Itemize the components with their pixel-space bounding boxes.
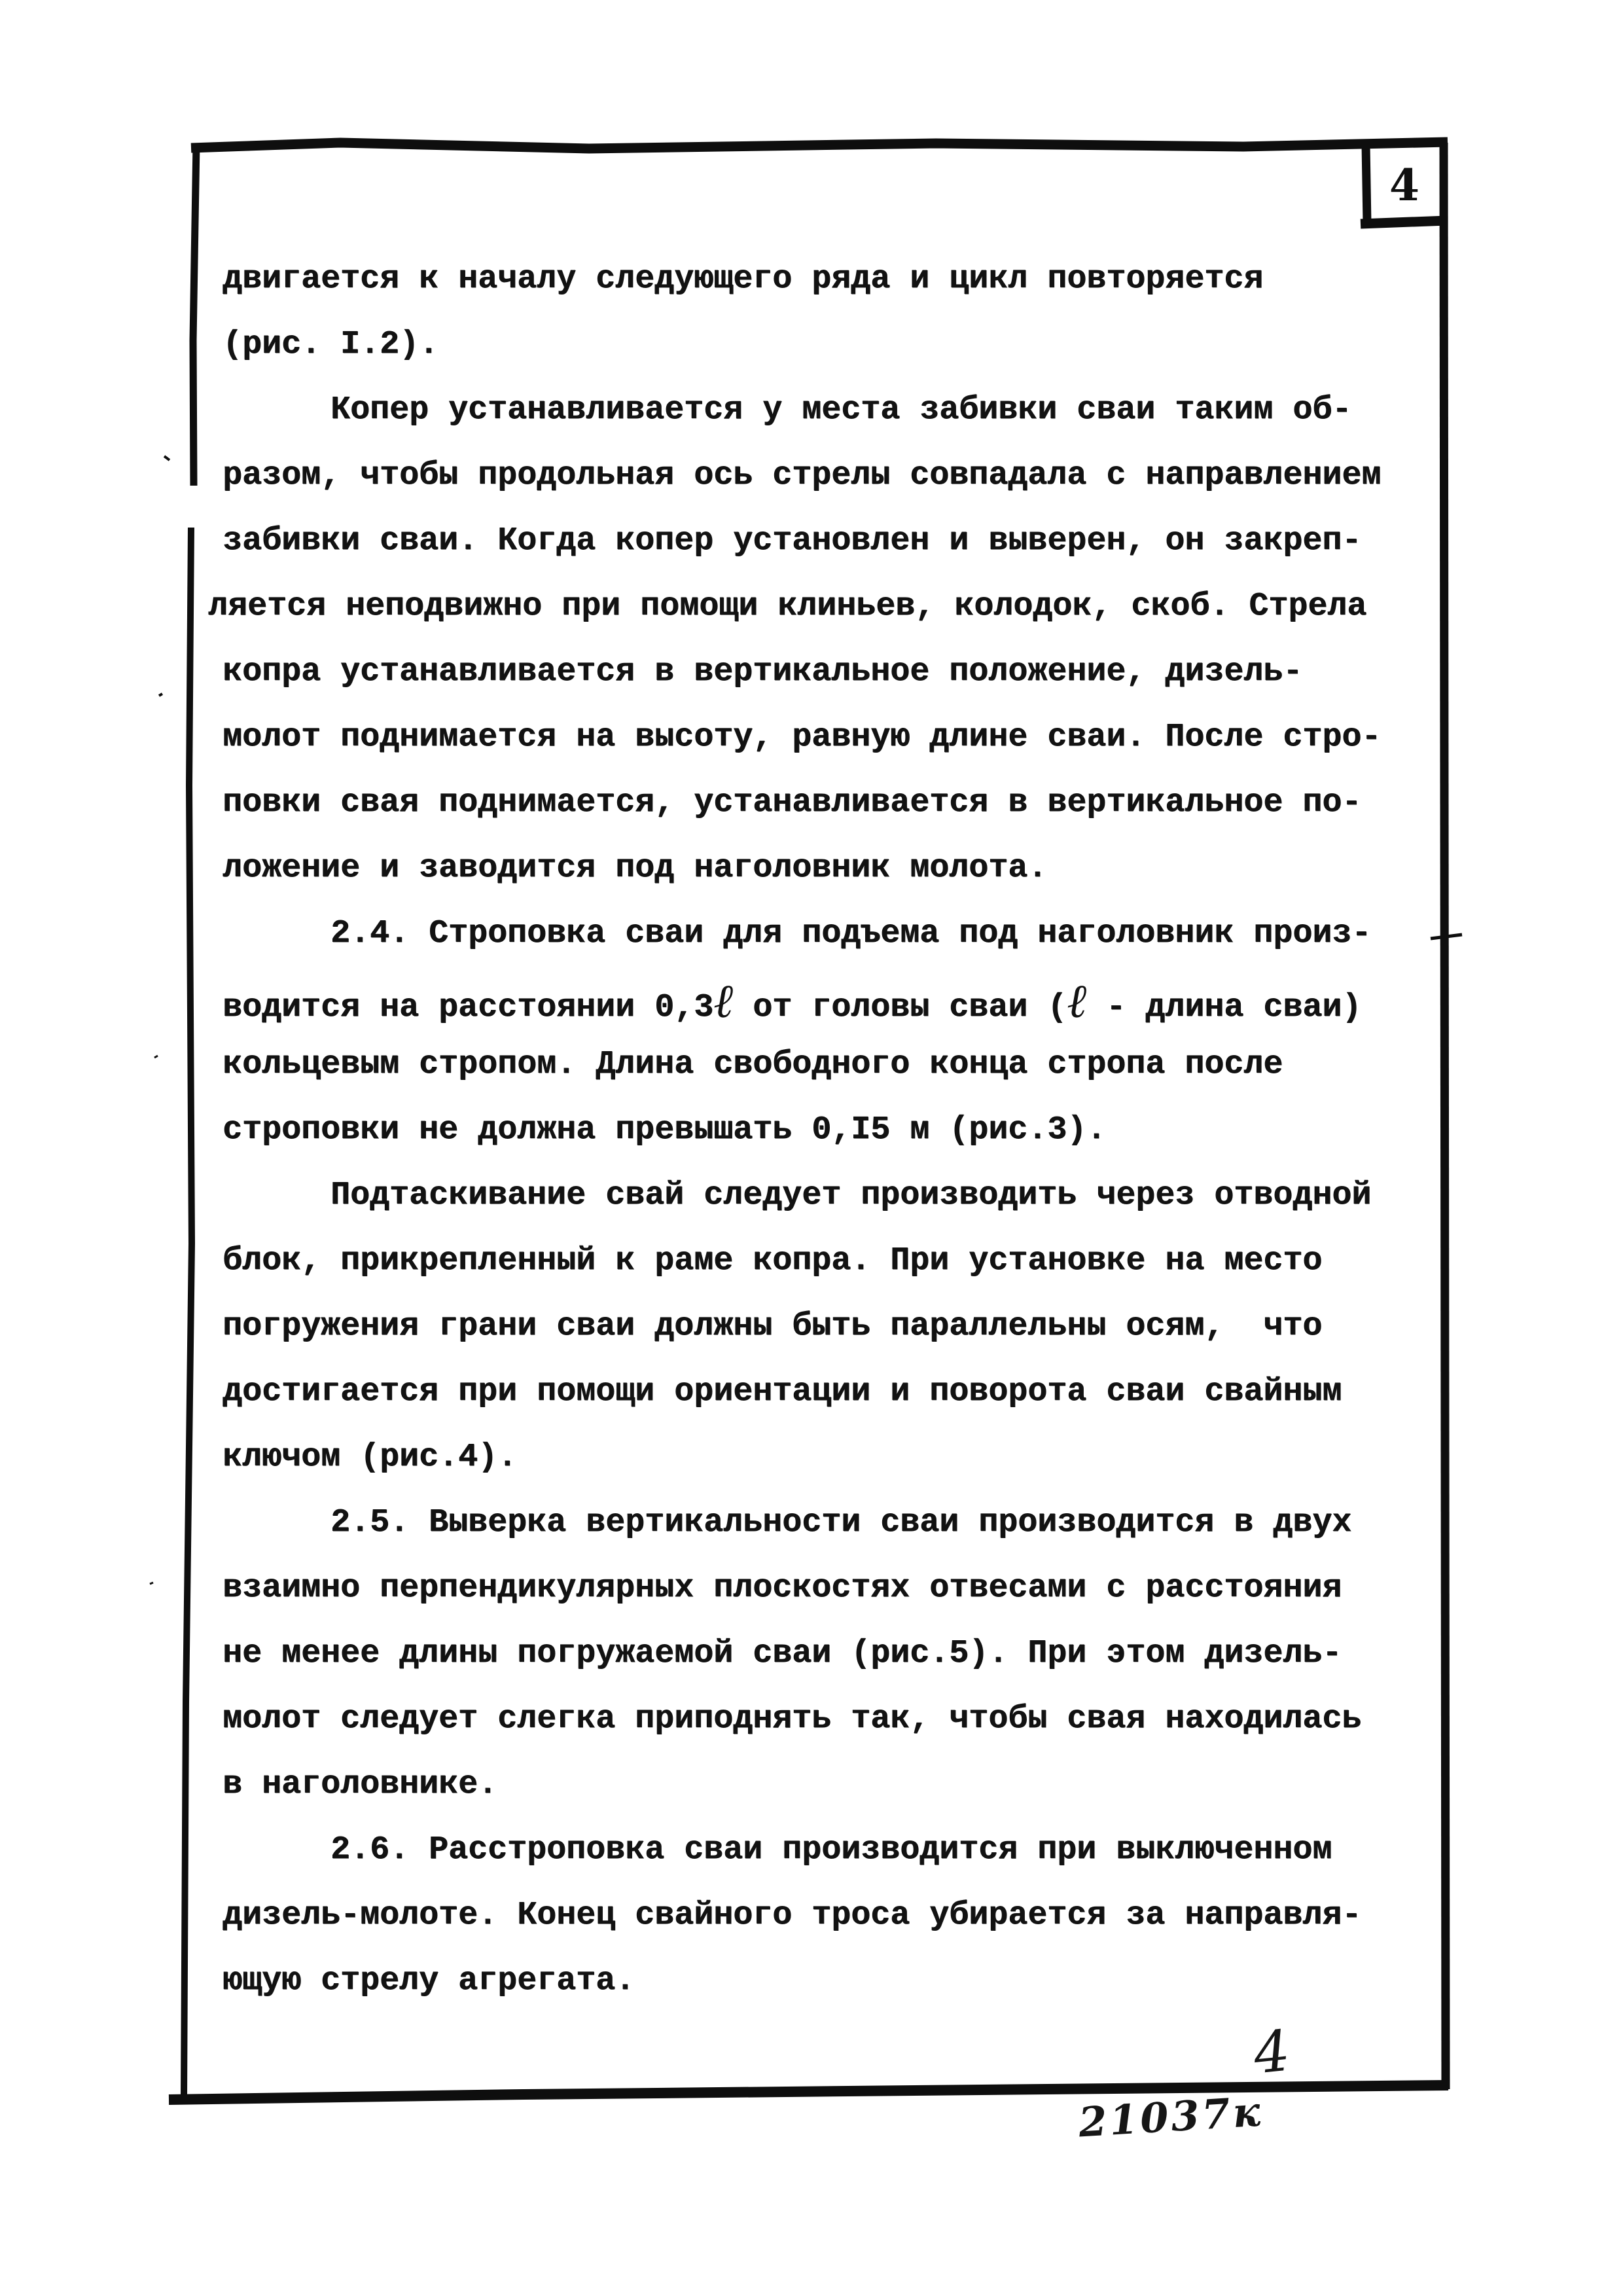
text-line: блок, прикрепленный к раме копра. При ус…: [223, 1229, 1414, 1294]
pagenum-box-left-edge: [1366, 145, 1367, 223]
text-line: повки свая поднимается, устанавливается …: [223, 770, 1414, 836]
text-line: молот поднимается на высоту, равную длин…: [223, 705, 1414, 770]
script-ell-symbol: ℓ: [713, 973, 733, 1028]
page-border-right: [1444, 143, 1446, 2089]
text-line: копра устанавливается в вертикальное пол…: [223, 639, 1414, 705]
text-line: ляется неподвижно при помощи клиньев, ко…: [208, 574, 1414, 639]
text-line: молот следует слегка приподнять так, что…: [223, 1687, 1414, 1752]
pagenum-box-bottom-edge: [1361, 221, 1447, 224]
text-line: достигается при помощи ориентации и пово…: [223, 1359, 1414, 1425]
scan-speck-1: [164, 456, 169, 460]
text-line: 2.4. Строповка сваи для подъема под наго…: [223, 901, 1414, 967]
text-line: дизель-молоте. Конец свайного троса убир…: [223, 1883, 1414, 1948]
text-line: (рис. I.2).: [223, 312, 1414, 378]
text-line: ключом (рис.4).: [223, 1425, 1414, 1490]
scan-speck-2: [159, 694, 162, 696]
text-line: разом, чтобы продольная ось стрелы совпа…: [223, 443, 1414, 509]
text-line: в наголовнике.: [223, 1752, 1414, 1818]
text-line: ложение и заводится под наголовник молот…: [223, 836, 1414, 901]
text-block: двигается к началу следующего ряда и цик…: [223, 247, 1414, 2014]
page-border-top: [191, 142, 1448, 149]
scan-speck-3: [154, 1056, 158, 1058]
page-number: 4: [1389, 160, 1419, 211]
page-number-box: 4: [1368, 151, 1441, 220]
text-line: водится на расстоянии 0,3ℓ от головы сва…: [223, 967, 1414, 1032]
scan-mark-right-tick: [1431, 935, 1462, 939]
text-line: двигается к началу следующего ряда и цик…: [223, 247, 1414, 312]
text-line: взаимно перпендикулярных плоскостях отве…: [223, 1556, 1414, 1621]
handwritten-page-number: 4: [1251, 2018, 1293, 2087]
scan-speck-4: [150, 1583, 153, 1584]
text-line: Подтаскивание свай следует производить ч…: [223, 1163, 1414, 1229]
text-line: не менее длины погружаемой сваи (рис.5).…: [223, 1621, 1414, 1687]
page-border-left-upper: [193, 144, 196, 486]
text-line: ющую стрелу агрегата.: [223, 1948, 1414, 2014]
text-line: забивки сваи. Когда копер установлен и в…: [223, 509, 1414, 574]
scanned-page: 4 двигается к началу следующего ряда и ц…: [0, 0, 1623, 2296]
text-line: Копер устанавливается у места забивки св…: [223, 378, 1414, 443]
page-border-left-lower: [184, 528, 192, 2096]
text-line: кольцевым стропом. Длина свободного конц…: [223, 1032, 1414, 1098]
script-ell-symbol: ℓ: [1067, 973, 1086, 1028]
text-line: 2.6. Расстроповка сваи производится при …: [223, 1818, 1414, 1883]
text-line: погружения грани сваи должны быть паралл…: [223, 1294, 1414, 1359]
text-line: строповки не должна превышать 0,I5 м (ри…: [223, 1098, 1414, 1163]
text-line: 2.5. Выверка вертикальности сваи произво…: [223, 1490, 1414, 1556]
